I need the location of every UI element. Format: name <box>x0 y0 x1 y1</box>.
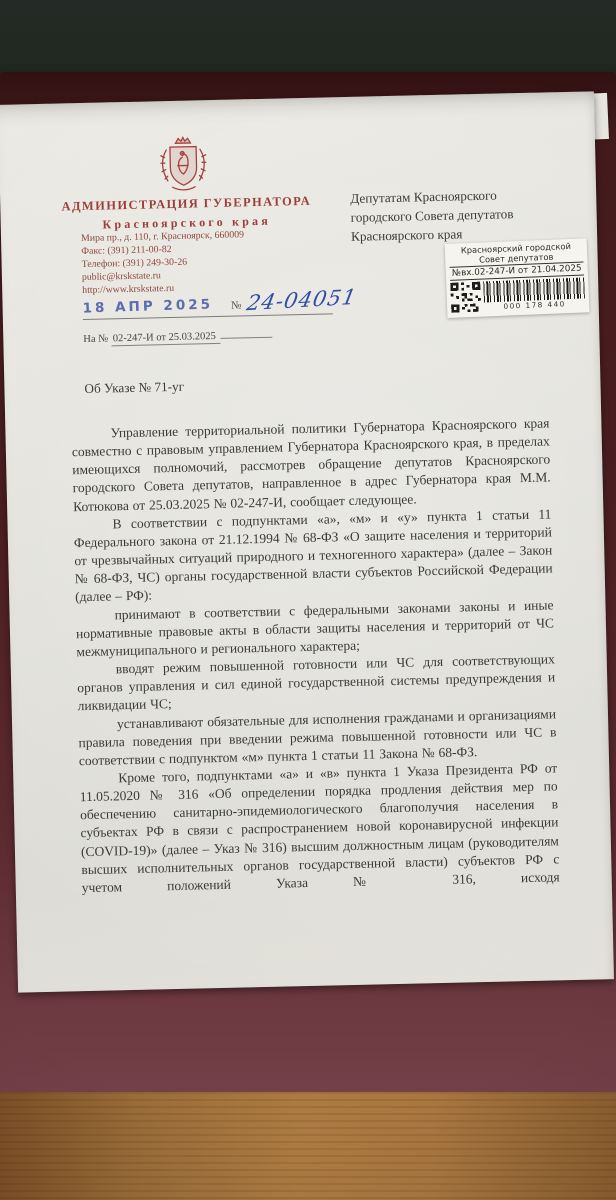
number-sign: № <box>231 299 242 311</box>
body-text: Управление территориальной политики Губе… <box>71 414 560 897</box>
sticker-codes-row: 000 178 440 <box>450 278 585 313</box>
wooden-desk <box>0 1092 616 1200</box>
org-name-line1: АДМИНИСТРАЦИЯ ГУБЕРНАТОРА <box>38 193 334 215</box>
body-paragraph: Управление территориальной политики Губе… <box>71 414 551 516</box>
date-number-row: 18 АПР 2025 № 24-04051 <box>82 287 333 320</box>
reference-value: 02-247-И от 25.03.2025 <box>111 331 220 346</box>
document-page: АДМИНИСТРАЦИЯ ГУБЕРНАТОРА Красноярского … <box>0 91 614 992</box>
reference-label: На № <box>83 333 108 345</box>
outgoing-number-handwritten: 24-04051 <box>245 285 359 315</box>
reference-underline <box>220 325 272 339</box>
coat-of-arms-icon <box>151 134 216 193</box>
reference-line: На № 02-247-И от 25.03.2025 <box>83 325 272 345</box>
incoming-date-stamp: 18 АПР 2025 <box>82 296 213 316</box>
body-paragraph: В соответствии с подпунктами «а», «м» и … <box>73 505 553 607</box>
address-block: Мира пр., д. 110, г. Красноярск, 660009 … <box>81 227 342 297</box>
subject-line: Об Указе № 71-уг <box>84 379 184 397</box>
recipient-block: Депутатам Красноярского городского Совет… <box>350 184 571 246</box>
body-paragraph: Кроме того, подпунктами «а» и «в» пункта… <box>79 759 560 897</box>
registration-sticker: Красноярский городской Совет депутатов №… <box>445 238 590 318</box>
qr-code-icon <box>450 282 481 313</box>
